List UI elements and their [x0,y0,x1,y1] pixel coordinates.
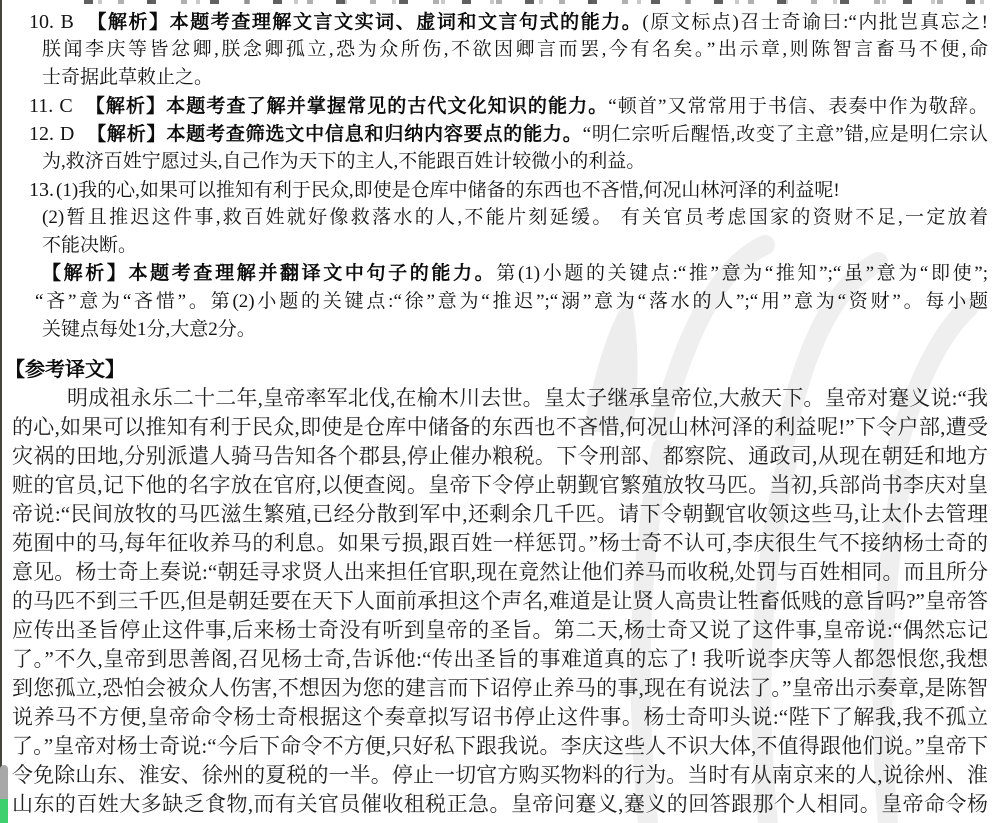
document-page: { "page": { "background": "#ffffff", "ed… [0,0,996,823]
translation-line: 帝说:“民间放牧的马匹滋生繁殖,已经分散到军中,还剩余几千匹。请下令朝觐官收领这… [12,500,988,529]
answer-text: 为,救济百姓宁愿过头,自己作为天下的主人,不能跟百姓计较微小的利益。 [42,151,645,172]
answer-line: 12. D【解析】本题考查筛选文中信息和归纳内容要点的能力。“明仁宗听后醒悟,改… [29,120,988,148]
answer-text: (2)暂且推迟这件事,救百姓就好像救落水的人,不能片刻延缓。 有关官员考虑国家的… [42,207,988,228]
analysis-label: 【解析】本题考查理解文言文实词、虚词和文言句式的能力。 [86,12,642,33]
translation-line: 赃的官员,记下他的名字放在官府,以便查阅。皇帝下令停止朝觐官繁殖放牧马匹。当初,… [12,471,988,500]
translation-line: 意见。杨士奇上奏说:“朝廷寻求贤人出来担任官职,现在竟然让他们养马而收税,处罚与… [12,558,988,587]
answer-text: 11. C [29,95,73,117]
translation-line: 灾祸的田地,分别派遣人骑马告知各个郡县,停止催办粮税。下令刑部、都察院、通政司,… [12,442,988,471]
answer-line: “吝”意为“吝惜”。第(2)小题的关键点:“徐”意为“推迟”;“溺”意为“落水的… [35,288,988,316]
answer-line: 13.(1)我的心,如果可以推知有利于民众,即使是仓库中储备的东西也不吝惜,何况… [29,176,988,204]
analysis-label: 【解析】本题考查理解并翻译文中句子的能力。 [42,263,496,284]
translation-line: 了。”皇帝对杨士奇说:“今后下命令不方便,只好私下跟我说。李庆这些人不识大体,不… [12,732,988,761]
answer-text: 12. D [29,123,74,145]
translation-line: 苑囿中的马,每年征收养马的利息。如果亏损,跟百姓一样惩罚。”杨士奇不认可,李庆很… [12,529,988,558]
translation-line: 山东的百姓大多缺乏食物,而有关官员催收租税正急。皇帝问蹇义,蹇义的回答跟那个人相… [12,790,988,819]
answer-text: 10. B [29,11,74,33]
analysis-label: 【解析】本题考查筛选文中信息和归纳内容要点的能力。 [86,124,582,145]
translation-line: 应传出圣旨停止这件事,后来杨士奇没有听到皇帝的圣旨。第二天,杨士奇又说了这件事,… [12,616,988,645]
clipped-text-remnant [84,0,984,4]
translation-line: 的马匹不到三千匹,但是朝廷要在天下人面前承担这个声名,难道是让贤人高贵让牲畜低贱… [12,587,988,616]
answer-key-content: 10. B【解析】本题考查理解文言文实词、虚词和文言句式的能力。(原文标点)召士… [0,8,996,819]
answer-text: “吝”意为“吝惜”。第(2)小题的关键点:“徐”意为“推迟”;“溺”意为“落水的… [35,291,988,312]
answer-text: 13. [29,179,54,201]
translation-heading: 【参考译文】 [5,356,988,384]
answer-text: 朕闻李庆等皆忿卿,朕念卿孤立,恐为众所伤,不欲因卿言而罢,今有名矣。”出示章,则… [42,39,988,60]
translation-section: 明成祖永乐二十二年,皇帝率军北伐,在榆木川去世。皇太子继承皇帝位,大赦天下。皇帝… [0,384,996,819]
answer-line: 士奇据此草敕止之。 [42,64,988,92]
answer-text: “明仁宗听后醒悟,改变了主意”错,应是明仁宗认 [583,124,988,145]
translation-line: 明成祖永乐二十二年,皇帝率军北伐,在榆木川去世。皇太子继承皇帝位,大赦天下。皇帝… [12,384,988,413]
answer-text: (1)我的心,如果可以推知有利于民众,即使是仓库中储备的东西也不吝惜,何况山林河… [56,180,840,201]
answer-text: 第(1)小题的关键点:“推”意为“推知”;“虽”意为“即使”; [496,263,988,284]
answer-text: “顿首”又常常用于书信、表奏中作为敬辞。 [608,96,988,117]
answer-text: 关键点每处1分,大意2分。 [42,319,256,340]
translation-line: 到您孤立,恐怕会被众人伤害,不想因为您的建言而下诏停止养马的事,现在有说法了。”… [12,674,988,703]
answer-line: 朕闻李庆等皆忿卿,朕念卿孤立,恐为众所伤,不欲因卿言而罢,今有名矣。”出示章,则… [42,36,988,64]
translation-line: 的心,如果可以推知有利于民众,即使是仓库中储备的东西也不吝惜,何况山林河泽的利益… [12,413,988,442]
translation-line: 了。”不久,皇帝到思善阁,召见杨士奇,告诉他:“传出圣旨的事难道真的忘了! 我听… [12,645,988,674]
scrollbar-thumb[interactable] [0,799,8,823]
answer-text: (原文标点)召士奇谕曰:“内批岂真忘之! [642,12,988,33]
scrollbar-track[interactable] [0,765,8,823]
analysis-label: 【解析】本题考查了解并掌握常见的古代文化知识的能力。 [85,96,609,117]
answer-line: 关键点每处1分,大意2分。 [42,316,988,344]
answer-text: 不能决断。 [42,235,137,256]
answer-text: 士奇据此草敕止之。 [42,67,213,88]
answer-line: 【解析】本题考查理解并翻译文中句子的能力。第(1)小题的关键点:“推”意为“推知… [42,260,988,288]
translation-line: 说养马不方便,皇帝命令杨士奇根据这个奏章拟写诏书停止这件事。杨士奇叩头说:“陛下… [12,703,988,732]
answer-line: 11. C【解析】本题考查了解并掌握常见的古代文化知识的能力。“顿首”又常常用于… [29,92,988,120]
answer-section: 10. B【解析】本题考查理解文言文实词、虚词和文言句式的能力。(原文标点)召士… [0,8,996,344]
answer-line: 10. B【解析】本题考查理解文言文实词、虚词和文言句式的能力。(原文标点)召士… [29,8,988,36]
answer-line: 为,救济百姓宁愿过头,自己作为天下的主人,不能跟百姓计较微小的利益。 [42,148,988,176]
translation-line: 令免除山东、淮安、徐州的夏税的一半。停止一切官方购买物料的行为。当时有从南京来的… [12,761,988,790]
answer-line: (2)暂且推迟这件事,救百姓就好像救落水的人,不能片刻延缓。 有关官员考虑国家的… [42,204,988,232]
answer-line: 不能决断。 [42,232,988,260]
